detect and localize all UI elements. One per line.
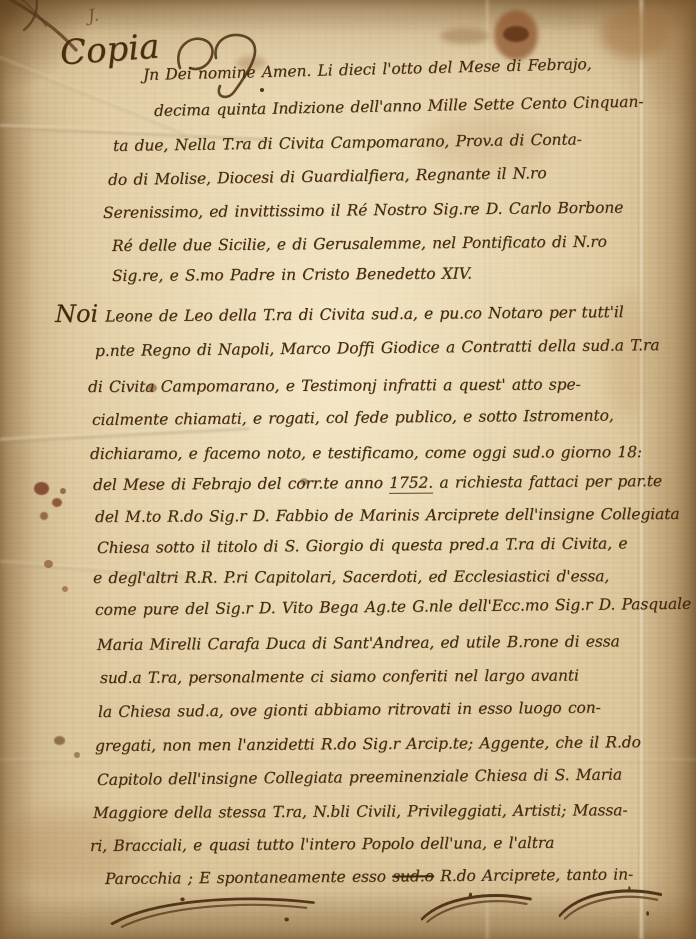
manuscript-line: come pure del Sig.r D. Vito Bega Ag.te G… bbox=[95, 595, 691, 620]
manuscript-line: Chiesa sotto il titolo di S. Giorgio di … bbox=[97, 534, 628, 557]
final-line-pre: Parocchia ; E spontaneamente esso bbox=[105, 867, 392, 888]
paper-stain bbox=[440, 28, 490, 44]
ink-blot bbox=[503, 26, 529, 42]
manuscript-line: Ré delle due Sicilie, e di Gerusalemme, … bbox=[112, 233, 607, 256]
manuscript-line: Parocchia ; E spontaneamente esso sud.o … bbox=[105, 865, 633, 888]
manuscript-line: la Chiesa sud.a, ove gionti abbiamo ritr… bbox=[98, 699, 601, 722]
line-1752-post: a richiesta fattaci per par.te bbox=[433, 472, 662, 492]
manuscript-line: p.nte Regno di Napoli, Marco Doffi Giodi… bbox=[95, 336, 660, 361]
paper-stain bbox=[54, 736, 65, 745]
manuscript-line: di Civita Campomarano, e Testimonj infra… bbox=[88, 375, 581, 396]
struck-word: sud.o bbox=[392, 867, 434, 885]
manuscript-line: Sig.re, e S.mo Padre in Cristo Benedetto… bbox=[112, 264, 472, 285]
manuscript-line: del M.to R.do Sig.r D. Fabbio de Marinis… bbox=[95, 505, 680, 527]
end-flourish bbox=[418, 889, 536, 925]
manuscript-line: del Mese di Febrajo del corr.te anno 175… bbox=[93, 472, 662, 495]
manuscript-line: sud.a T.ra, personalmente ci siamo confe… bbox=[100, 666, 579, 687]
paper-stain bbox=[40, 512, 48, 520]
manuscript-line: Maria Mirelli Carafa Duca di Sant'Andrea… bbox=[97, 632, 620, 654]
paper-stain bbox=[34, 482, 49, 495]
final-line-post: R.do Arciprete, tanto in- bbox=[434, 865, 633, 885]
manuscript-line: Maggiore della stessa T.ra, N.bli Civili… bbox=[93, 801, 628, 822]
paper-stain bbox=[44, 560, 53, 568]
manuscript-line: cialmente chiamati, e rogati, col fede p… bbox=[92, 406, 614, 429]
manuscript-line: do di Molise, Diocesi di Guardialfiera, … bbox=[108, 164, 547, 189]
end-flourish bbox=[556, 884, 666, 922]
manuscript-line: e degl'altri R.R. P.ri Capitolari, Sacer… bbox=[93, 567, 609, 587]
manuscript-page: J. Copia Jn Dei nomine Amen. Li dieci l'… bbox=[0, 0, 696, 939]
paper-stain bbox=[600, 8, 670, 58]
paper-stain bbox=[60, 488, 66, 494]
manuscript-line: Serenissimo, ed invittissimo il Ré Nostr… bbox=[103, 199, 623, 223]
manuscript-line: NoiLeone de Leo della T.ra di Civita sud… bbox=[55, 295, 624, 329]
underlined-year-1752: 1752. bbox=[389, 474, 433, 494]
paper-stain bbox=[52, 498, 62, 507]
paper-stain bbox=[74, 752, 80, 758]
manuscript-line: gregati, non men l'anzidetti R.do Sig.r … bbox=[95, 733, 641, 755]
manuscript-line: dichiaramo, e facemo noto, e testificamo… bbox=[90, 443, 642, 464]
line-1752-pre: del Mese di Febrajo del corr.te anno bbox=[93, 474, 389, 494]
fold-crease-vertical bbox=[638, 0, 645, 939]
manuscript-line: Capitolo dell'insigne Collegiata preemin… bbox=[97, 766, 622, 790]
manuscript-line: ri, Bracciali, e quasi tutto l'intero Po… bbox=[90, 834, 554, 856]
manuscript-line-text: Leone de Leo della T.ra di Civita sud.a,… bbox=[105, 303, 624, 326]
paper-crease bbox=[0, 758, 696, 763]
end-flourish bbox=[105, 892, 323, 930]
paragraph-initial: Noi bbox=[55, 300, 98, 328]
paper-stain bbox=[62, 586, 68, 592]
